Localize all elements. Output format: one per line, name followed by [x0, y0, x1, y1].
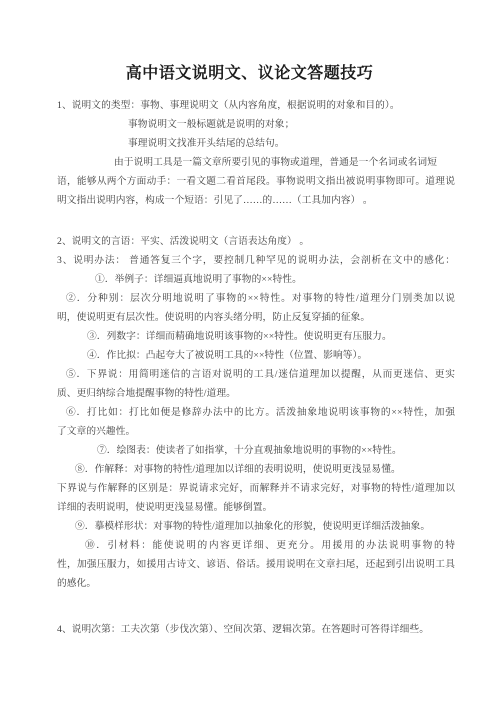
text-line: ⑥．打比如：打比如便是修辞办法中的比方。活泼抽象地说明该事物的××特性，加强 — [57, 403, 455, 422]
text-line: 了文章的兴趣性。 — [57, 422, 455, 441]
text-line: ①．举例子：详细逼真地说明了事物的××特性。 — [57, 270, 455, 289]
text-line: 性，加强压服力，如援用古诗文、谚语、俗话。援用说明在文章扫尾，还起到引出说明工具 — [57, 555, 455, 574]
text-line: ⑦．绘图表：使读者了如指掌，十分直观抽象地说明的事物的××特性。 — [57, 441, 455, 460]
text-line: 质、更归纳综合地提醒事物的特性/道理。 — [57, 384, 455, 403]
text-line: 明文指出说明内容，构成一个短语：引见了……的……（工具加内容） 。 — [57, 191, 455, 210]
text-line: 下界说与作解释的区别是：界说请求完好，而解释并不请求完好，对事物的特性/道理加以 — [57, 479, 455, 498]
text-line: 由于说明工具是一篇文章所要引见的事物或道理，普通是一个名词或名词短 — [57, 153, 455, 172]
text-line: 4、说明次第：工夫次第（步伐次第）、空间次第、逻辑次第。在答题时可答得详细些。 — [57, 620, 455, 639]
text-line: 3、说明办法： 普通答复三个字，要控制几种罕见的说明办法，会剖析在文中的感化： — [57, 251, 455, 270]
text-line: 2、说明文的言语：平实、活泼说明文（言语表达角度） 。 — [57, 232, 455, 251]
text-line: ④．作比拟：凸起夸大了被说明工具的××特性（位置、影响等）。 — [57, 346, 455, 365]
text-line: ⑤．下界说：用简明迷信的言语对说明的工具/迷信道理加以提醒，从而更迷信、更实 — [57, 365, 455, 384]
text-line: ⑩．引材料：能使说明的内容更详细、更充分。用援用的办法说明事物的特 — [57, 536, 455, 555]
text-line: ③．列数字：详细而精确地说明该事物的××特性。使说明更有压服力。 — [57, 327, 455, 346]
document-body: 1、说明文的类型：事物、事理说明文（从内容角度，根据说明的对象和目的）。事物说明… — [0, 96, 499, 639]
text-line: 明，使说明更有层次性。使说明的内容头绪分明，防止反复穿插的征象。 — [57, 308, 455, 327]
document-title: 高中语文说明文、议论文答题技巧 — [0, 0, 499, 83]
text-line: ②．分种别：层次分明地说明了事物的××特性。对事物的特性/道理分门别类加以说 — [57, 289, 455, 308]
text-line: ⑨．摹模样形状：对事物的特性/道理加以抽象化的形貌，使说明更详细活泼抽象。 — [57, 517, 455, 536]
text-line: ⑧．作解释：对事物的特性/道理加以详细的表明说明，使说明更浅显易懂。 — [57, 460, 455, 479]
text-line: 的感化。 — [57, 574, 455, 593]
document-page: 高中语文说明文、议论文答题技巧 1、说明文的类型：事物、事理说明文（从内容角度，… — [0, 0, 499, 706]
text-line: 语，能够从两个方面动手：一看文题二看首尾段。事物说明文指出被说明事物即可。道理说 — [57, 172, 455, 191]
text-line: 事理说明文找准开头结尾的总结句。 — [57, 134, 455, 153]
text-line: 详细的表明说明，使说明更浅显易懂。能够倒置。 — [57, 498, 455, 517]
text-line: 事物说明文一般标题就是说明的对象； — [57, 115, 455, 134]
text-line: 1、说明文的类型：事物、事理说明文（从内容角度，根据说明的对象和目的）。 — [57, 96, 455, 115]
